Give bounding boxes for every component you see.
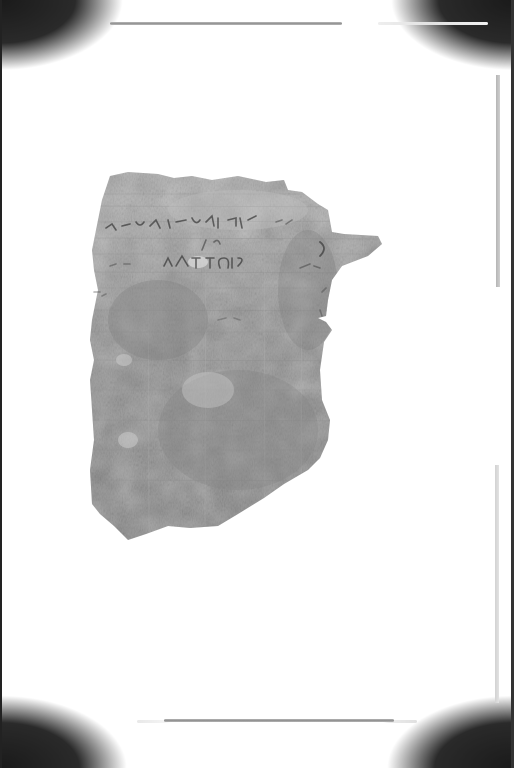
glass-edge-right-lower <box>495 465 499 703</box>
scan-corner-bottom-left <box>0 688 140 768</box>
glass-edge-top-faint <box>378 22 488 25</box>
scan-edge-left <box>0 0 2 768</box>
glass-edge-bottom <box>164 719 394 722</box>
glass-edge-top <box>110 22 342 25</box>
scan-corner-top-right <box>374 0 514 80</box>
glass-edge-right-upper <box>496 75 500 287</box>
papyrus-fragment: Papyrus fragment <box>88 170 384 542</box>
scan-corner-top-left <box>0 0 140 80</box>
scan-corner-bottom-right <box>374 688 514 768</box>
papyrus-fragment-image <box>88 170 384 542</box>
